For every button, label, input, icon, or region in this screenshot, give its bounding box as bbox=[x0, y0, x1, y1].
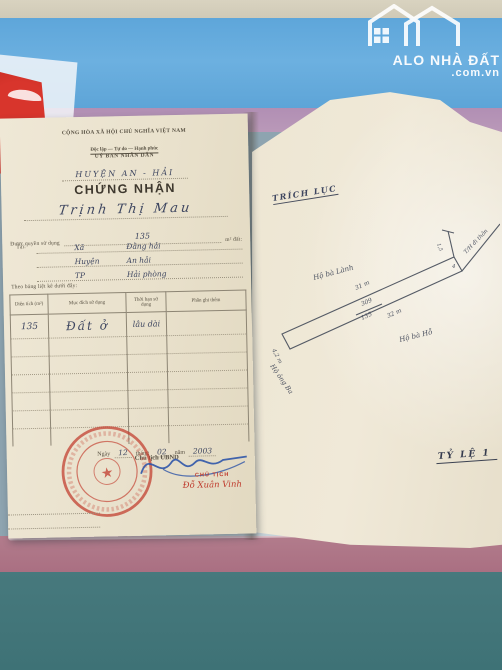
location-row: TP Hải phòng bbox=[37, 264, 243, 282]
top-edge-length: 31 m bbox=[354, 279, 371, 292]
cell-term: lâu dài bbox=[133, 319, 161, 329]
loc-value: An hải bbox=[127, 256, 152, 266]
right-edge-length: 4 bbox=[451, 264, 456, 270]
approver-title: CHỦ TỊCH bbox=[167, 471, 257, 479]
neighbor-bottom-label: Hộ bà Hỗ bbox=[397, 327, 434, 344]
at-label: Tại: bbox=[16, 244, 26, 250]
offset-line bbox=[448, 231, 454, 257]
left-edge-length: 4,2 m bbox=[270, 347, 283, 365]
land-plot-sketch: 31 m 309 135 32 m 4,2 m 4 1,5 T/H đi thô… bbox=[262, 218, 500, 398]
neighbor-top-label: Hộ bà Lành bbox=[311, 264, 354, 283]
left-page: CỘNG HÒA XÃ HỘI CHỦ NGHĨA VIỆT NAM Độc l… bbox=[0, 113, 256, 538]
watermark-brand: ALO NHÀ ĐẤT bbox=[360, 53, 500, 67]
loc-level: Xã bbox=[74, 242, 126, 252]
col-header: Phần ghi thêm bbox=[166, 290, 246, 312]
bottom-edge-length: 32 m bbox=[386, 307, 403, 320]
star-icon: ★ bbox=[100, 466, 115, 483]
cell-purpose: Đất ở bbox=[66, 318, 109, 333]
issuer-handwritten: HUYỆN AN - HẢI bbox=[61, 168, 188, 182]
col-header: Thời hạn sử dụng bbox=[126, 292, 166, 313]
grantee-name: Trịnh Thị Mau bbox=[58, 201, 193, 219]
loc-value: Hải phòng bbox=[127, 269, 167, 279]
neighbor-corner-label: Hộ ông Ba bbox=[268, 362, 295, 396]
loc-level: Huyện bbox=[75, 256, 127, 266]
loc-value: Đằng hải bbox=[126, 241, 160, 251]
house-icon bbox=[360, 4, 500, 48]
table-intro: Theo bảng liệt kê dưới đây: bbox=[11, 283, 77, 290]
photo-scene: TRÍCH LỤC 31 m 309 135 32 m 4,2 m 4 1,5 … bbox=[0, 0, 502, 670]
cell-area: 135 bbox=[21, 321, 38, 331]
offset-length: 1,5 bbox=[435, 243, 443, 253]
col-header: Mục đích sử dụng bbox=[48, 293, 126, 315]
col-header: Diện tích (m²) bbox=[10, 294, 48, 315]
watermark: ALO NHÀ ĐẤT .com.vn bbox=[360, 4, 500, 82]
fabric-stripe-teal bbox=[0, 572, 502, 670]
registry-line bbox=[8, 527, 100, 530]
loc-level: TP bbox=[75, 270, 127, 280]
watermark-domain: .com.vn bbox=[360, 67, 500, 79]
approver-name: Đỗ Xuân Vinh bbox=[167, 479, 257, 491]
